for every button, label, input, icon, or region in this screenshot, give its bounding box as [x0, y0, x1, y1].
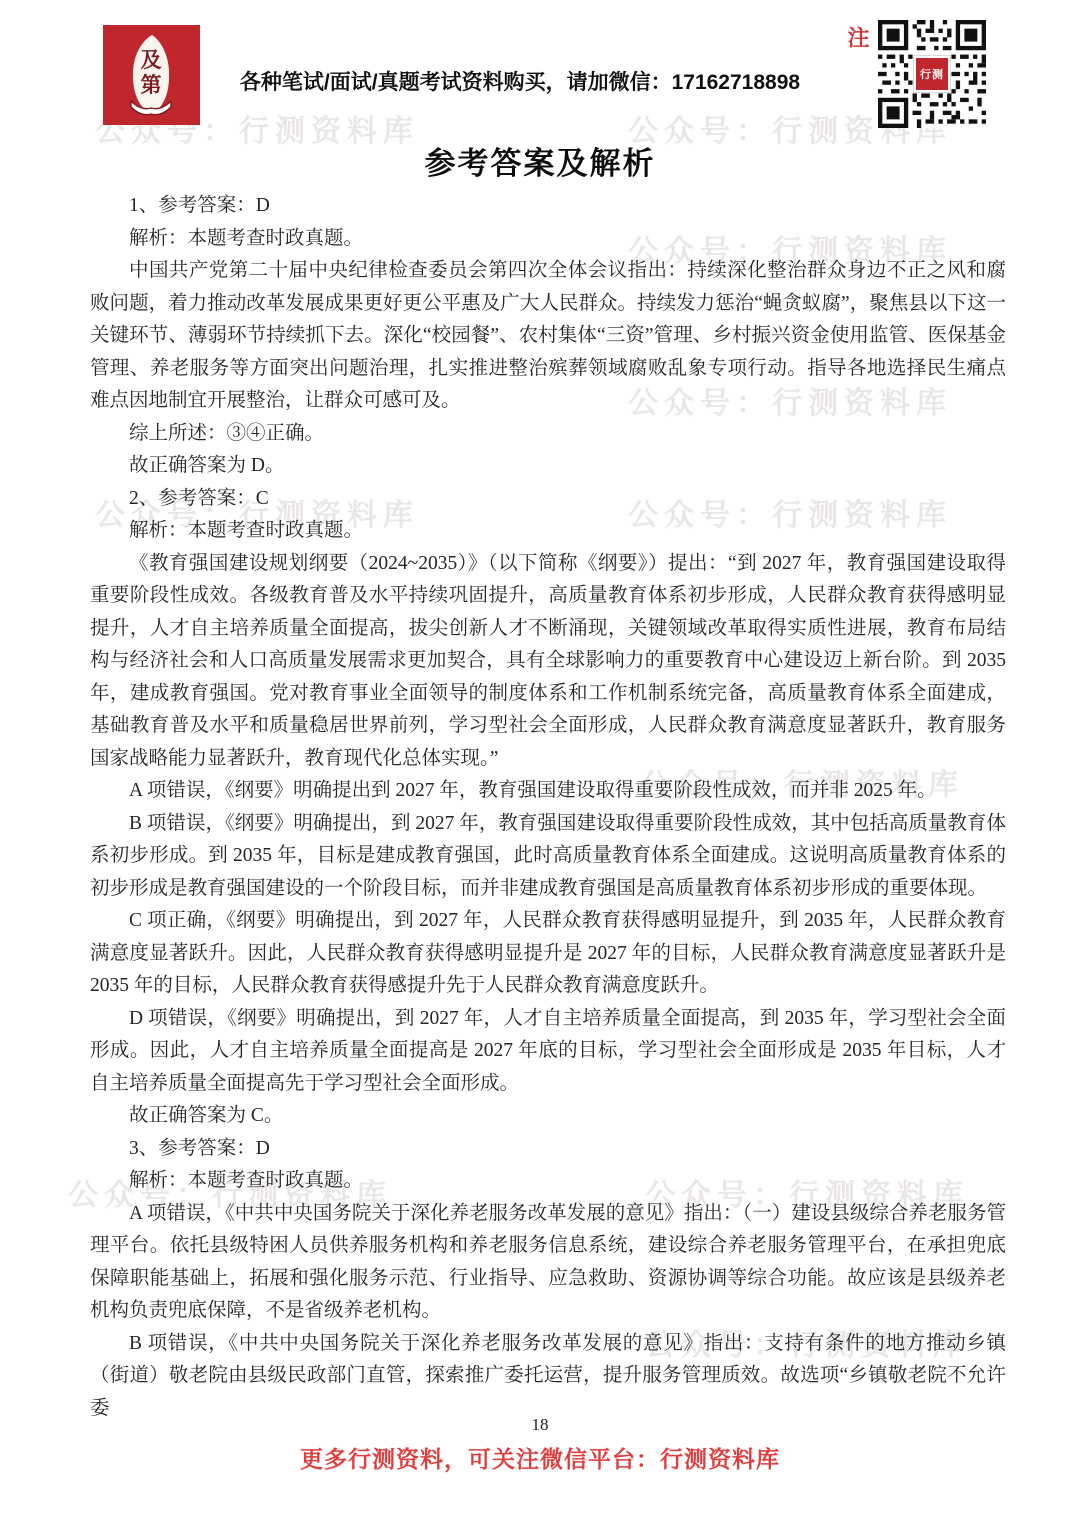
svg-text:及: 及	[141, 48, 162, 72]
paragraph: C 项正确，《纲要》明确提出，到 2027 年，人民群众教育获得感明显提升，到 …	[90, 905, 1006, 1003]
paragraph-analysis-2: 解析：本题考查时政真题。	[90, 515, 1006, 548]
page-title: 参考答案及解析	[0, 138, 1080, 183]
paragraph: 故正确答案为 C。	[90, 1100, 1006, 1133]
paragraph: 中国共产党第二十届中央纪律检查委员会第四次全体会议指出：持续深化整治群众身边不正…	[90, 255, 1006, 418]
paragraph-analysis-1: 解析：本题考查时政真题。	[90, 223, 1006, 256]
brand-logo-graphic: 及 第	[103, 25, 200, 125]
header-promo-text: 各种笔试/面试/真题考试资料购买，请加微信：17162718898	[205, 66, 835, 96]
paragraph: B 项错误，《中共中央国务院关于深化养老服务改革发展的意见》指出：支持有条件的地…	[90, 1328, 1006, 1426]
brand-logo: 及 第	[103, 25, 200, 125]
paragraph: A 项错误，《中共中央国务院关于深化养老服务改革发展的意见》指出：（一）建设县级…	[90, 1198, 1006, 1328]
paragraph-analysis-3: 解析：本题考查时政真题。	[90, 1165, 1006, 1198]
paragraph: B 项错误，《纲要》明确提出，到 2027 年，教育强国建设取得重要阶段性成效，…	[90, 808, 1006, 906]
paragraph-answer-2: 2、参考答案：C	[90, 483, 1006, 516]
paragraph: D 项错误，《纲要》明确提出，到 2027 年，人才自主培养质量全面提高，到 2…	[90, 1003, 1006, 1101]
answer-content: 1、参考答案：D 解析：本题考查时政真题。 中国共产党第二十届中央纪律检查委员会…	[90, 190, 1006, 1425]
paragraph: 综上所述：③④正确。	[90, 418, 1006, 451]
footer-promo-text: 更多行测资料，可关注微信平台：行测资料库	[0, 1441, 1080, 1474]
document-page: 公众号：行测资料库 公众号：行测资料库 公众号：行测资料库 公众号：行测资料库 …	[0, 0, 1080, 1527]
paragraph-answer-3: 3、参考答案：D	[90, 1133, 1006, 1166]
paragraph: 故正确答案为 D。	[90, 450, 1006, 483]
qr-code: 行测	[877, 20, 987, 128]
paragraph: 《教育强国建设规划纲要（2024~2035）》（以下简称《纲要》）提出：“到 2…	[90, 548, 1006, 776]
paragraph: A 项错误，《纲要》明确提出到 2027 年，教育强国建设取得重要阶段性成效，而…	[90, 775, 1006, 808]
paragraph-answer-1: 1、参考答案：D	[90, 190, 1006, 223]
qr-center-logo: 行测	[914, 56, 950, 92]
svg-text:第: 第	[141, 73, 162, 97]
page-number: 18	[0, 1415, 1080, 1435]
